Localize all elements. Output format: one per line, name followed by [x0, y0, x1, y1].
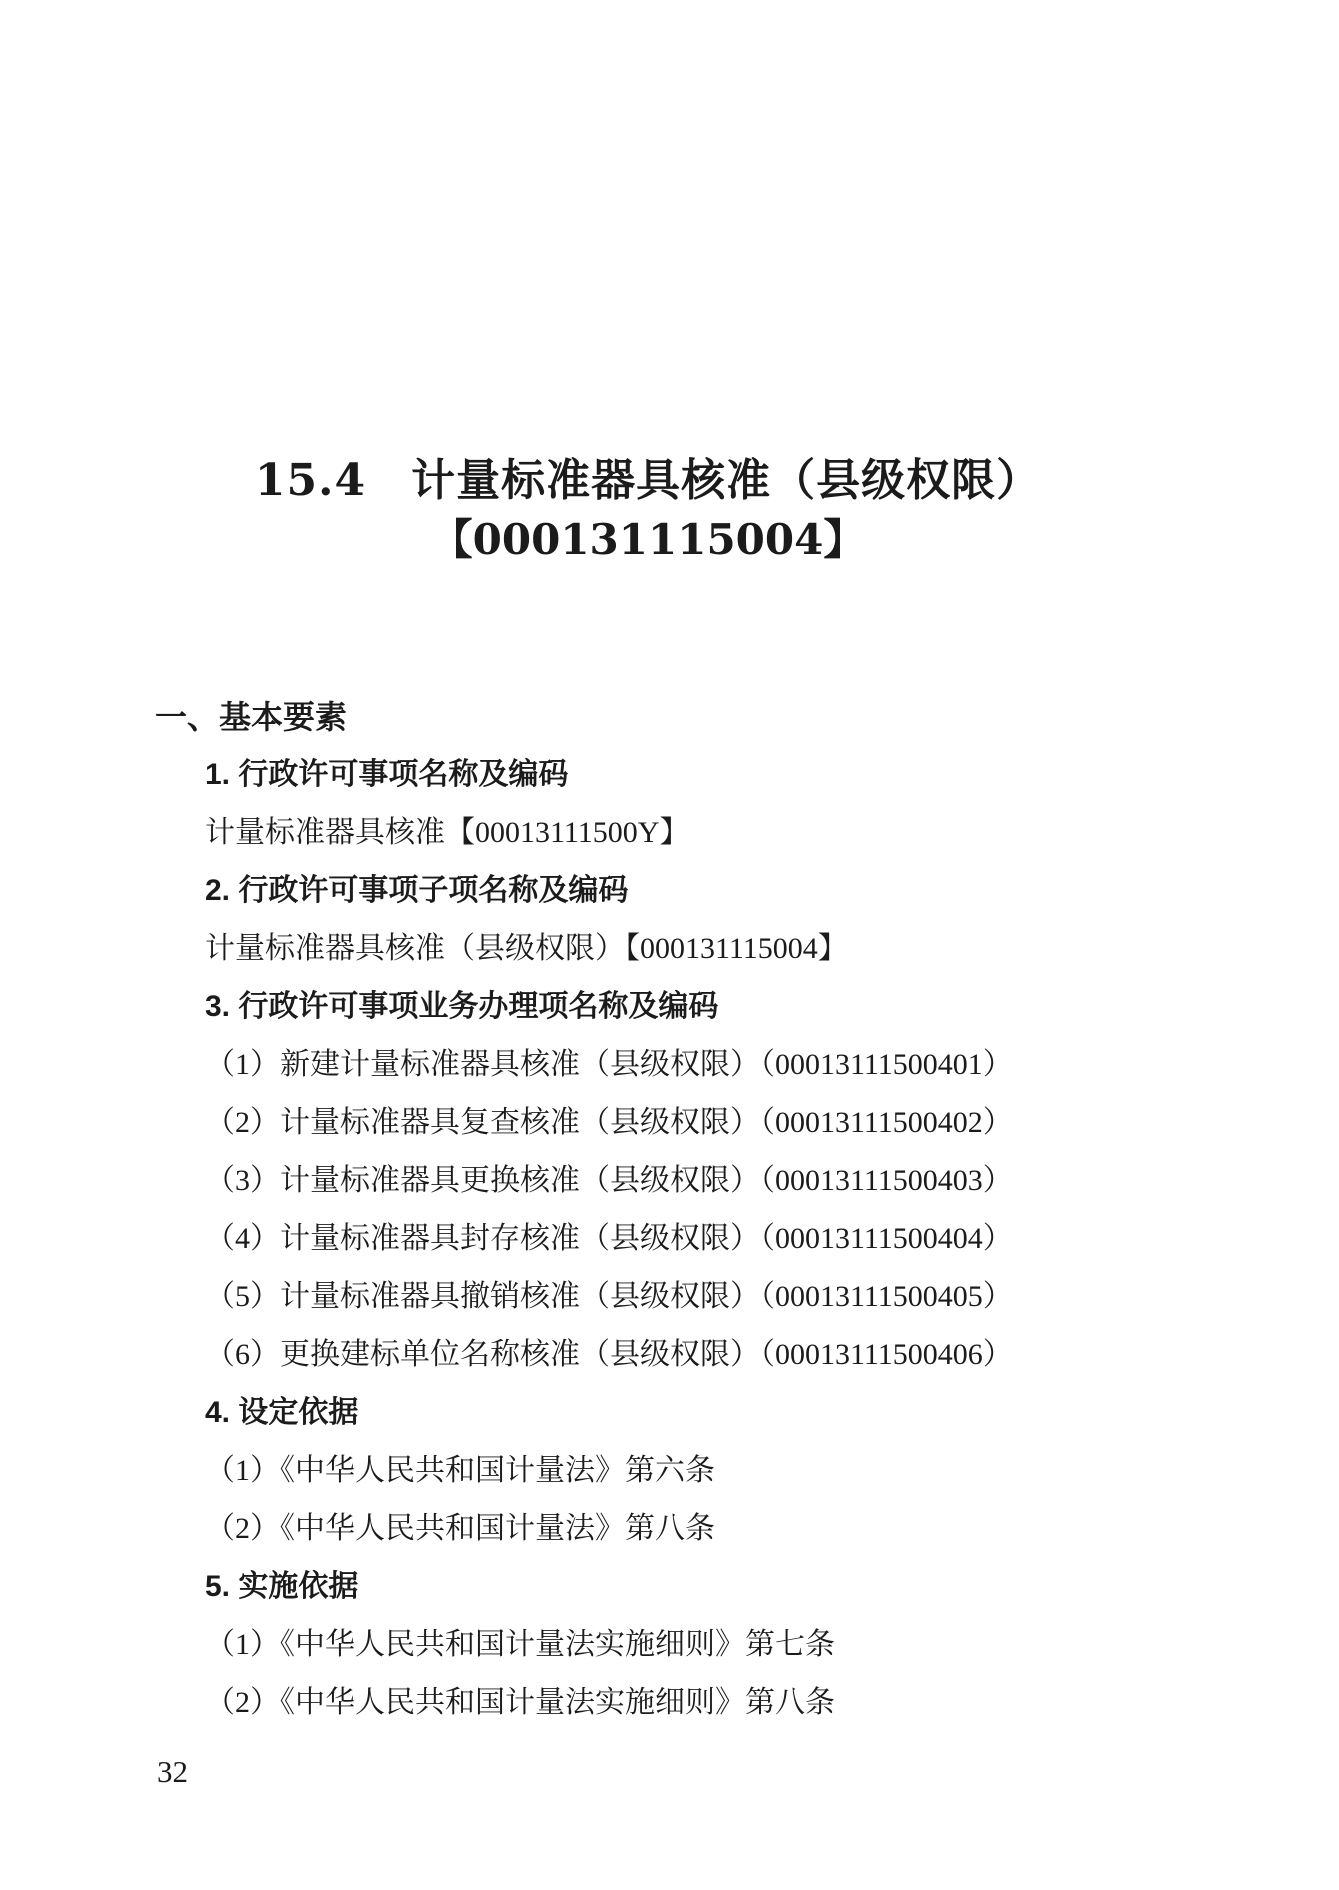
page-number: 32 [157, 1752, 188, 1792]
paragraph-item-name-code: 计量标准器具核准【00013111500Y】 [155, 804, 1185, 862]
list-item-setting-basis-1: （1）《中华人民共和国计量法》第六条 [155, 1442, 1185, 1500]
list-item-business-1: （1）新建计量标准器具核准（县级权限）（00013111500401） [155, 1036, 1185, 1094]
subheading-business-items: 3. 行政许可事项业务办理项名称及编码 [155, 978, 1185, 1036]
section-heading: 一、基本要素 [155, 688, 1185, 746]
paragraph-subitem-name-code: 计量标准器具核准（县级权限）【000131115004】 [155, 920, 1185, 978]
chapter-title: 15.4 计量标准器具核准（县级权限） 【000131115004】 [0, 452, 1296, 570]
subheading-setting-basis: 4. 设定依据 [155, 1384, 1185, 1442]
document-body: 一、基本要素 1. 行政许可事项名称及编码 计量标准器具核准【000131115… [155, 688, 1185, 1732]
document-page: 15.4 计量标准器具核准（县级权限） 【000131115004】 一、基本要… [0, 0, 1339, 1890]
list-item-business-2: （2）计量标准器具复查核准（县级权限）（00013111500402） [155, 1094, 1185, 1152]
list-item-setting-basis-2: （2）《中华人民共和国计量法》第八条 [155, 1500, 1185, 1558]
list-item-business-3: （3）计量标准器具更换核准（县级权限）（00013111500403） [155, 1152, 1185, 1210]
list-item-implementation-basis-2: （2）《中华人民共和国计量法实施细则》第八条 [155, 1674, 1185, 1732]
list-item-business-5: （5）计量标准器具撤销核准（县级权限）（00013111500405） [155, 1268, 1185, 1326]
list-item-implementation-basis-1: （1）《中华人民共和国计量法实施细则》第七条 [155, 1616, 1185, 1674]
list-item-business-4: （4）计量标准器具封存核准（县级权限）（00013111500404） [155, 1210, 1185, 1268]
chapter-title-code: 【000131115004】 [0, 510, 1296, 570]
subheading-implementation-basis: 5. 实施依据 [155, 1558, 1185, 1616]
list-item-business-6: （6）更换建标单位名称核准（县级权限）（00013111500406） [155, 1326, 1185, 1384]
chapter-title-text: 15.4 计量标准器具核准（县级权限） [0, 452, 1296, 510]
subheading-item-name-code: 1. 行政许可事项名称及编码 [155, 746, 1185, 804]
subheading-subitem-name-code: 2. 行政许可事项子项名称及编码 [155, 862, 1185, 920]
